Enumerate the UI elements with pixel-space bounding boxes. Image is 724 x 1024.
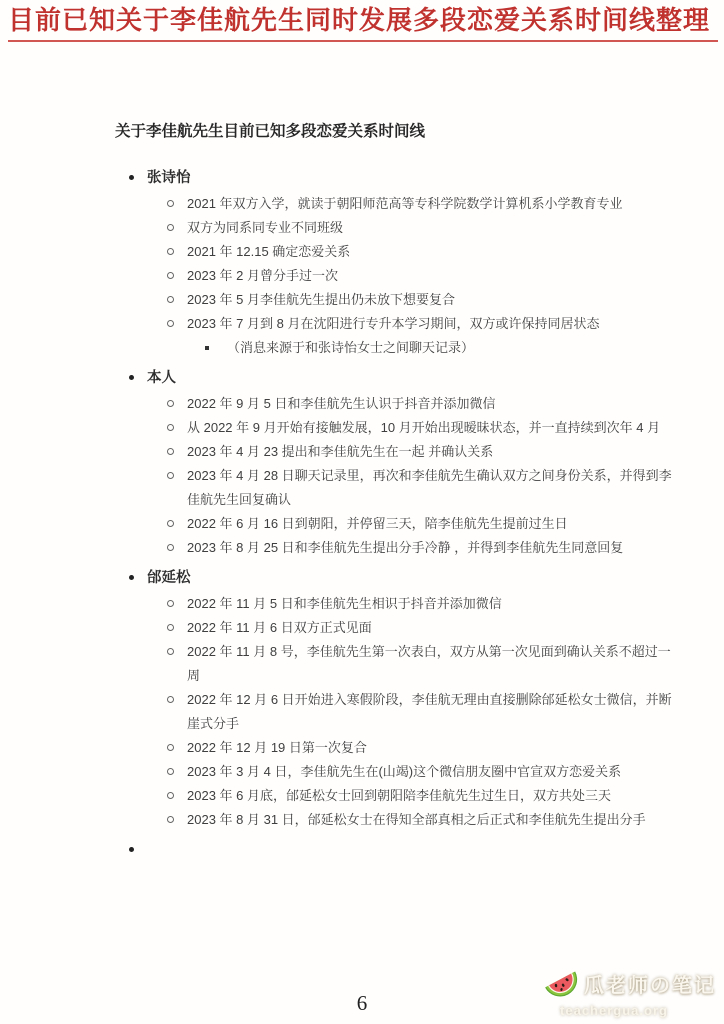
watermark-row: 瓜老师の笔记	[518, 964, 716, 1002]
item-text: 从 2022 年 9 月开始有接触发展，10 月开始出现暧昧状态，并一直持续到次…	[187, 416, 660, 440]
circle-bullet-icon	[167, 744, 174, 751]
item-text: 2021 年 12.15 确定恋爱关系	[187, 240, 350, 264]
section-header-row: 张诗怡	[115, 166, 675, 190]
square-bullet-icon	[205, 346, 209, 350]
timeline-item-row: 从 2022 年 9 月开始有接触发展，10 月开始出现暧昧状态，并一直持续到次…	[115, 416, 675, 440]
circle-bullet-icon	[167, 224, 174, 231]
circle-bullet-icon	[167, 200, 174, 207]
circle-bullet-icon	[167, 424, 174, 431]
timeline-item-row: 2023 年 2 月曾分手过一次	[115, 264, 675, 288]
bullet-icon	[129, 575, 134, 580]
timeline-item-row: 2022 年 12 月 6 日开始进入寒假阶段，李佳航无理由直接删除邰延松女士微…	[115, 688, 675, 736]
item-text: 2022 年 11 月 8 号，李佳航先生第一次表白，双方从第一次见面到确认关系…	[187, 640, 675, 688]
document-heading: 关于李佳航先生目前已知多段恋爱关系时间线	[115, 122, 675, 142]
circle-bullet-icon	[167, 472, 174, 479]
item-text: 2022 年 9 月 5 日和李佳航先生认识于抖音并添加微信	[187, 392, 495, 416]
circle-bullet-icon	[167, 768, 174, 775]
bullet-icon	[129, 375, 134, 380]
item-text: 2023 年 5 月李佳航先生提出仍未放下想要复合	[187, 288, 455, 312]
timeline-item-row: 2023 年 5 月李佳航先生提出仍未放下想要复合	[115, 288, 675, 312]
item-text: 双方为同系同专业不同班级	[187, 216, 343, 240]
section-header-row: 邰延松	[115, 566, 675, 590]
item-text: 2023 年 8 月 25 日和李佳航先生提出分手冷静 ，并得到李佳航先生同意回…	[187, 536, 623, 560]
circle-bullet-icon	[167, 400, 174, 407]
circle-bullet-icon	[167, 624, 174, 631]
watermark-url: teachergua.org	[518, 1003, 716, 1018]
item-text: 2022 年 11 月 5 日和李佳航先生相识于抖音并添加微信	[187, 592, 502, 616]
item-text: 2023 年 4 月 28 日聊天记录里，再次和李佳航先生确认双方之间身份关系，…	[187, 464, 675, 512]
watermelon-icon	[542, 964, 582, 1002]
page-banner-title: 目前已知关于李佳航先生同时发展多段恋爱关系时间线整理	[8, 5, 718, 42]
circle-bullet-icon	[167, 648, 174, 655]
page-number: 6	[357, 991, 368, 1015]
timeline-item-row: 2021 年 12.15 确定恋爱关系	[115, 240, 675, 264]
circle-bullet-icon	[167, 600, 174, 607]
circle-bullet-icon	[167, 696, 174, 703]
timeline-item-row: 2022 年 11 月 5 日和李佳航先生相识于抖音并添加微信	[115, 592, 675, 616]
circle-bullet-icon	[167, 448, 174, 455]
timeline-item-row: 2022 年 6 月 16 日到朝阳，并停留三天，陪李佳航先生提前过生日	[115, 512, 675, 536]
item-text: 2023 年 6 月底，邰延松女士回到朝阳陪李佳航先生过生日，双方共处三天	[187, 784, 611, 808]
document-content: 关于李佳航先生目前已知多段恋爱关系时间线 张诗怡2021 年双方入学，就读于朝阳…	[115, 122, 675, 854]
item-text: 2022 年 12 月 6 日开始进入寒假阶段，李佳航无理由直接删除邰延松女士微…	[187, 688, 675, 736]
circle-bullet-icon	[167, 792, 174, 799]
item-text: 2023 年 3 月 4 日，李佳航先生在(山竭)这个微信朋友圈中官宣双方恋爱关…	[187, 760, 621, 784]
timeline-sections: 张诗怡2021 年双方入学，就读于朝阳师范高等专科学院数学计算机系小学教育专业双…	[115, 166, 675, 832]
circle-bullet-icon	[167, 296, 174, 303]
timeline-item-row: 2023 年 7 月到 8 月在沈阳进行专升本学习期间，双方或许保持同居状态	[115, 312, 675, 336]
section-header-row: 本人	[115, 366, 675, 390]
timeline-item-row: 2023 年 4 月 28 日聊天记录里，再次和李佳航先生确认双方之间身份关系，…	[115, 464, 675, 512]
item-text: 2022 年 12 月 19 日第一次复合	[187, 736, 367, 760]
subitem-text: （消息来源于和张诗怡女士之间聊天记录）	[227, 336, 474, 360]
section-name: 邰延松	[147, 566, 191, 590]
timeline-item-row: 2022 年 11 月 6 日双方正式见面	[115, 616, 675, 640]
timeline-item-row: 2023 年 6 月底，邰延松女士回到朝阳陪李佳航先生过生日，双方共处三天	[115, 784, 675, 808]
section-name: 张诗怡	[147, 166, 191, 190]
timeline-item-row: 双方为同系同专业不同班级	[115, 216, 675, 240]
timeline-item-row: 2023 年 8 月 31 日，邰延松女士在得知全部真相之后正式和李佳航先生提出…	[115, 808, 675, 832]
circle-bullet-icon	[167, 320, 174, 327]
item-text: 2023 年 4 月 23 提出和李佳航先生在一起 并确认关系	[187, 440, 493, 464]
timeline-item-row: 2023 年 4 月 23 提出和李佳航先生在一起 并确认关系	[115, 440, 675, 464]
watermark-text: 瓜老师の笔记	[584, 969, 716, 998]
trailing-empty-bullet-row	[115, 838, 675, 852]
circle-bullet-icon	[167, 816, 174, 823]
timeline-item-row: 2021 年双方入学，就读于朝阳师范高等专科学院数学计算机系小学教育专业	[115, 192, 675, 216]
timeline-subitem-row: （消息来源于和张诗怡女士之间聊天记录）	[115, 336, 675, 360]
circle-bullet-icon	[167, 544, 174, 551]
item-text: 2021 年双方入学，就读于朝阳师范高等专科学院数学计算机系小学教育专业	[187, 192, 623, 216]
timeline-item-row: 2022 年 12 月 19 日第一次复合	[115, 736, 675, 760]
watermark: 瓜老师の笔记 teachergua.org	[518, 964, 716, 1018]
circle-bullet-icon	[167, 272, 174, 279]
item-text: 2023 年 2 月曾分手过一次	[187, 264, 338, 288]
timeline-item-row: 2023 年 3 月 4 日，李佳航先生在(山竭)这个微信朋友圈中官宣双方恋爱关…	[115, 760, 675, 784]
circle-bullet-icon	[167, 520, 174, 527]
item-text: 2022 年 6 月 16 日到朝阳，并停留三天，陪李佳航先生提前过生日	[187, 512, 568, 536]
timeline-item-row: 2022 年 9 月 5 日和李佳航先生认识于抖音并添加微信	[115, 392, 675, 416]
item-text: 2023 年 8 月 31 日，邰延松女士在得知全部真相之后正式和李佳航先生提出…	[187, 808, 646, 832]
timeline-item-row: 2023 年 8 月 25 日和李佳航先生提出分手冷静 ，并得到李佳航先生同意回…	[115, 536, 675, 560]
document-page: 目前已知关于李佳航先生同时发展多段恋爱关系时间线整理 关于李佳航先生目前已知多段…	[0, 0, 724, 1024]
section-name: 本人	[147, 366, 176, 390]
timeline-item-row: 2022 年 11 月 8 号，李佳航先生第一次表白，双方从第一次见面到确认关系…	[115, 640, 675, 688]
bullet-icon	[129, 175, 134, 180]
bullet-icon	[129, 847, 134, 852]
circle-bullet-icon	[167, 248, 174, 255]
item-text: 2022 年 11 月 6 日双方正式见面	[187, 616, 372, 640]
item-text: 2023 年 7 月到 8 月在沈阳进行专升本学习期间，双方或许保持同居状态	[187, 312, 599, 336]
